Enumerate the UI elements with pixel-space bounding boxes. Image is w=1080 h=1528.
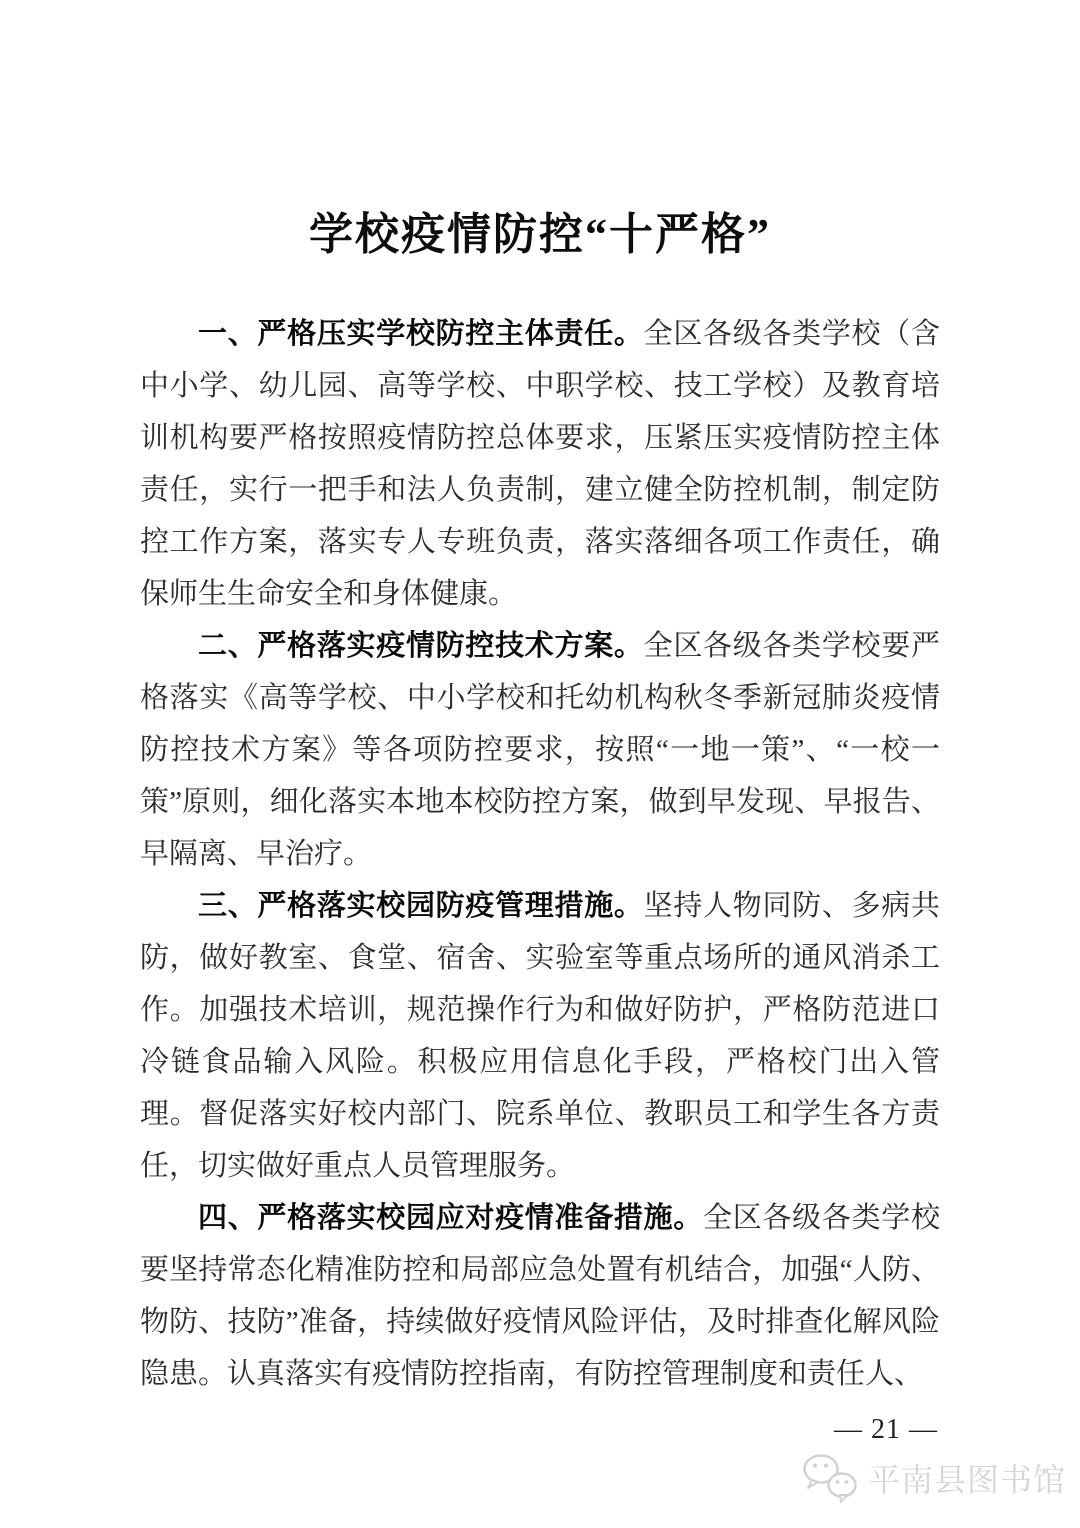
- paragraph-4-lead: 四、严格落实校园应对疫情准备措施。: [198, 1202, 703, 1234]
- page-number: — 21 —: [834, 1414, 938, 1446]
- wechat-icon: [800, 1452, 862, 1504]
- paragraph-3-lead: 三、严格落实校园防疫管理措施。: [198, 890, 644, 922]
- document-body: 一、严格压实学校防控主体责任。全区各级各类学校（含中小学、幼儿园、高等学校、中职…: [140, 308, 940, 1400]
- paragraph-3: 三、严格落实校园防疫管理措施。坚持人物同防、多病共防，做好教室、食堂、宿舍、实验…: [140, 880, 940, 1192]
- paragraph-4: 四、严格落实校园应对疫情准备措施。全区各级各类学校要坚持常态化精准防控和局部应急…: [140, 1192, 940, 1400]
- paragraph-2-body: 全区各级各类学校要严格落实《高等学校、中小学校和托幼机构秋冬季新冠肺炎疫情防控技…: [140, 630, 940, 870]
- paragraph-1-lead: 一、严格压实学校防控主体责任。: [198, 318, 644, 350]
- watermark-text: 平南县图书馆: [868, 1455, 1066, 1501]
- paragraph-2-lead: 二、严格落实疫情防控技术方案。: [198, 630, 644, 662]
- paragraph-3-body: 坚持人物同防、多病共防，做好教室、食堂、宿舍、实验室等重点场所的通风消杀工作。加…: [140, 890, 940, 1182]
- paragraph-2: 二、严格落实疫情防控技术方案。全区各级各类学校要严格落实《高等学校、中小学校和托…: [140, 620, 940, 880]
- page-title: 学校疫情防控“十严格”: [0, 198, 1080, 262]
- watermark: 平南县图书馆: [800, 1452, 1066, 1504]
- paragraph-1: 一、严格压实学校防控主体责任。全区各级各类学校（含中小学、幼儿园、高等学校、中职…: [140, 308, 940, 620]
- document-page: 学校疫情防控“十严格” 一、严格压实学校防控主体责任。全区各级各类学校（含中小学…: [0, 0, 1080, 1528]
- paragraph-1-body: 全区各级各类学校（含中小学、幼儿园、高等学校、中职学校、技工学校）及教育培训机构…: [140, 318, 940, 610]
